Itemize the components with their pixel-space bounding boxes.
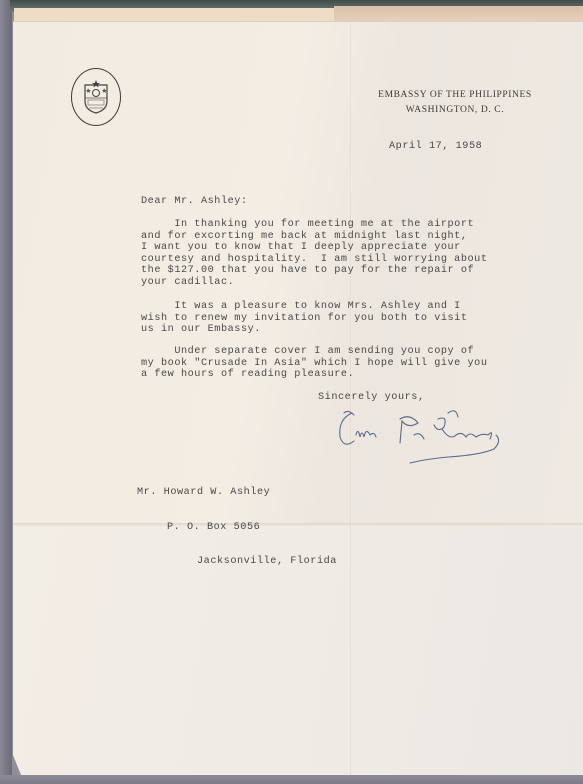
recipient-po-box: P. O. Box 5056 (137, 522, 337, 534)
recipient-address-block: Mr. Howard W. Ashley P. O. Box 5056 Jack… (137, 464, 337, 579)
background-edge-bottom (0, 775, 583, 784)
letterhead-embassy-name: EMBASSY OF THE PHILIPPINES (370, 88, 540, 103)
letterhead-city: WASHINGTON, D. C. (370, 103, 540, 118)
body-paragraph-3: Under separate cover I am sending you co… (141, 346, 488, 381)
recipient-name: Mr. Howard W. Ashley (137, 487, 337, 499)
body-paragraph-1: In thanking you for meeting me at the ai… (141, 219, 488, 288)
body-paragraph-2: It was a pleasure to know Mrs. Ashley an… (141, 301, 468, 336)
signature-scrawl-icon (330, 405, 510, 475)
handwritten-signature (330, 405, 510, 475)
letterhead: EMBASSY OF THE PHILIPPINES WASHINGTON, D… (370, 88, 540, 118)
recipient-city: Jacksonville, Florida (137, 556, 337, 568)
embassy-seal-icon (71, 68, 121, 126)
coat-of-arms-icon (81, 79, 111, 115)
salutation: Dear Mr. Ashley: (141, 196, 248, 208)
background-edge-left (0, 0, 12, 784)
letter-date: April 17, 1958 (389, 141, 482, 153)
closing: Sincerely yours, (318, 392, 425, 404)
